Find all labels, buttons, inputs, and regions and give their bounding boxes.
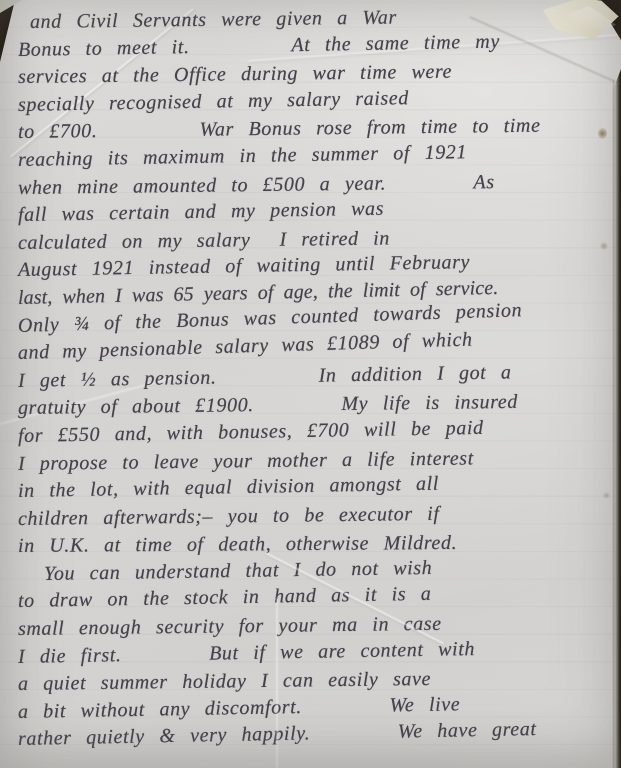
stain-spot	[600, 242, 608, 250]
letter-photo: and Civil Servants were given a War Bonu…	[0, 0, 621, 768]
paper-edge-shadow-line	[613, 80, 615, 768]
stain-spot	[603, 492, 610, 499]
handwriting-text: and Civil Servants were given a War Bonu…	[18, 9, 621, 754]
stain-spot	[598, 128, 607, 139]
